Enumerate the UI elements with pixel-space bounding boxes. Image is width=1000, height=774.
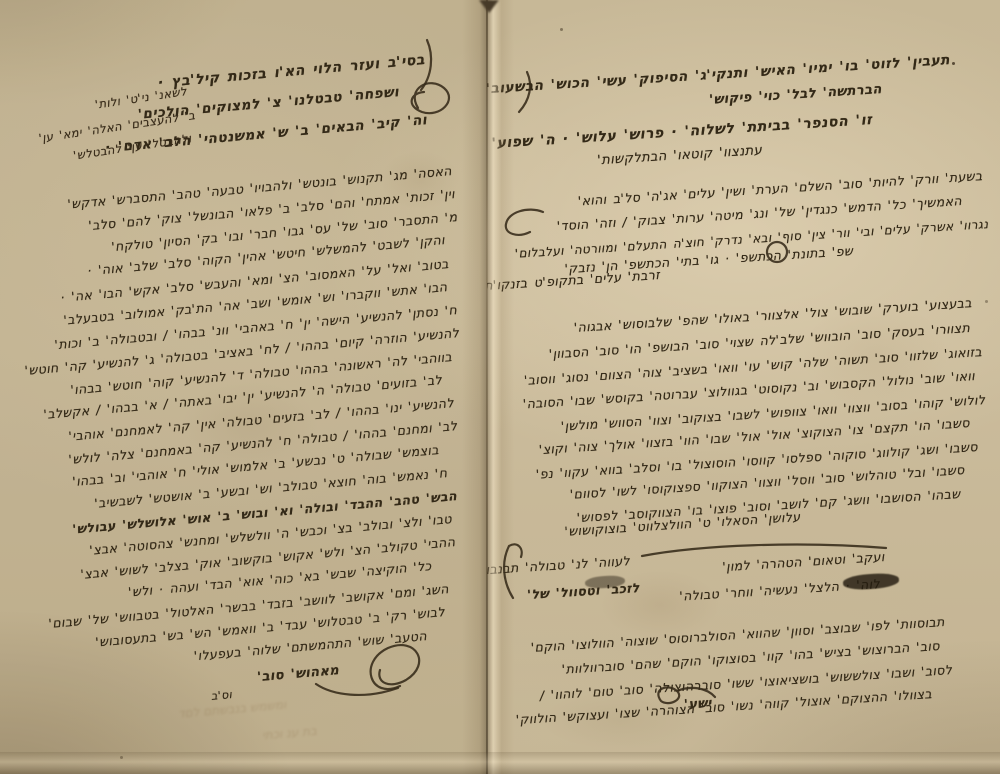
manuscript-line: ועקב' וטאום' הטהרה' למון' <box>722 549 885 574</box>
right-header-line: עתנצוו' קוטאו' הבתלקשות' <box>597 143 763 168</box>
fold-notch <box>479 0 499 13</box>
right-page: תעבין' לזוט' בו' ימיו' האיש' ותנקי'ג' הס… <box>487 0 1000 774</box>
dust-speck <box>952 62 955 65</box>
signature-mark: ישע' <box>684 696 713 713</box>
dust-speck <box>120 756 123 759</box>
dust-speck <box>985 300 988 303</box>
signoff-abbreviation: וס'ב <box>210 688 232 703</box>
fold-line <box>486 0 488 774</box>
signature-words: מאהוש' סוב' <box>257 663 340 685</box>
right-header-line: הברתשה' לבל' כוי' פיקוש' <box>709 82 882 108</box>
bleed-through-line: בת ענ וכתי <box>262 724 318 743</box>
ink-blot <box>843 572 900 591</box>
manuscript-line: לעווה' לנ' טבולה' תבנבות' <box>487 553 630 578</box>
manuscript-photo: בסי'ב ועזר הלוי הא'ו בזכות קיל'בץ · ושפח… <box>0 0 1000 774</box>
left-page: בסי'ב ועזר הלוי הא'ו בזכות קיל'בץ · ושפח… <box>0 0 487 774</box>
dust-speck <box>560 28 563 31</box>
